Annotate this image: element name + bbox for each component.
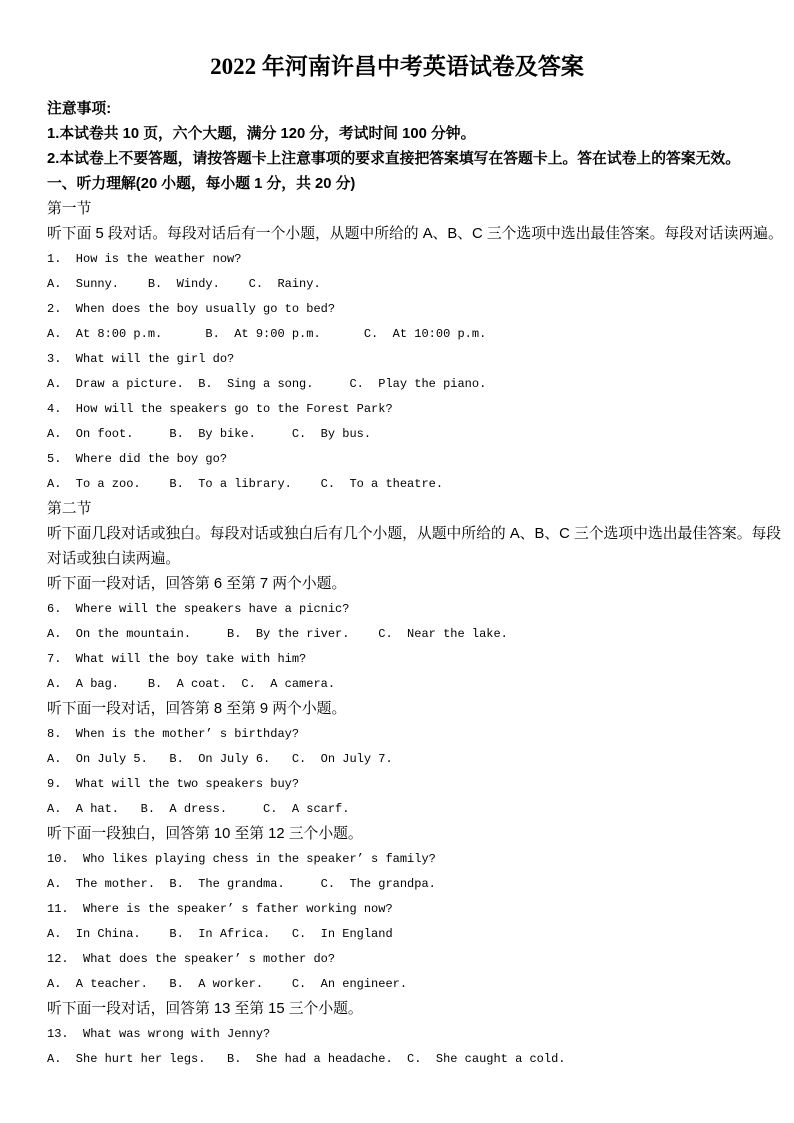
- question-7-options: A. A bag. B. A coat. C. A camera.: [47, 672, 774, 697]
- exam-page: 2022 年河南许昌中考英语试卷及答案 注意事项: 1.本试卷共 10 页，六个…: [0, 0, 794, 1123]
- question-9-text: 9. What will the two speakers buy?: [47, 772, 774, 797]
- question-5-text: 5. Where did the boy go?: [47, 447, 774, 472]
- question-9-options: A. A hat. B. A dress. C. A scarf.: [47, 797, 774, 822]
- question-11-options: A. In China. B. In Africa. C. In England: [47, 922, 774, 947]
- question-8-text: 8. When is the mother’ s birthday?: [47, 722, 774, 747]
- question-1-text: 1. How is the weather now?: [47, 247, 774, 272]
- question-7-text: 7. What will the boy take with him?: [47, 647, 774, 672]
- group-intro-q8-q9: 听下面一段对话，回答第 8 至第 9 两个小题。: [47, 697, 774, 722]
- group-intro-q13-q15: 听下面一段对话，回答第 13 至第 15 三个小题。: [47, 997, 774, 1022]
- question-4-text: 4. How will the speakers go to the Fores…: [47, 397, 774, 422]
- part2-instruction-line-2: 对话或独白读两遍。: [47, 547, 774, 572]
- question-11-text: 11. Where is the speaker’ s father worki…: [47, 897, 774, 922]
- part2-heading: 第二节: [47, 497, 774, 522]
- question-12-text: 12. What does the speaker’ s mother do?: [47, 947, 774, 972]
- group-intro-q6-q7: 听下面一段对话，回答第 6 至第 7 两个小题。: [47, 572, 774, 597]
- group-intro-q10-q12: 听下面一段独白，回答第 10 至第 12 三个小题。: [47, 822, 774, 847]
- question-3-options: A. Draw a picture. B. Sing a song. C. Pl…: [47, 372, 774, 397]
- notice-item-1: 1.本试卷共 10 页，六个大题，满分 120 分，考试时间 100 分钟。: [47, 122, 774, 147]
- part1-instruction: 听下面 5 段对话。每段对话后有一个小题，从题中所给的 A、B、C 三个选项中选…: [47, 222, 774, 247]
- question-6-text: 6. Where will the speakers have a picnic…: [47, 597, 774, 622]
- question-2-text: 2. When does the boy usually go to bed?: [47, 297, 774, 322]
- question-4-options: A. On foot. B. By bike. C. By bus.: [47, 422, 774, 447]
- question-10-options: A. The mother. B. The grandma. C. The gr…: [47, 872, 774, 897]
- part2-instruction-line-1: 听下面几段对话或独白。每段对话或独白后有几个小题，从题中所给的 A、B、C 三个…: [47, 522, 774, 547]
- question-5-options: A. To a zoo. B. To a library. C. To a th…: [47, 472, 774, 497]
- question-3-text: 3. What will the girl do?: [47, 347, 774, 372]
- question-6-options: A. On the mountain. B. By the river. C. …: [47, 622, 774, 647]
- question-13-text: 13. What was wrong with Jenny?: [47, 1022, 774, 1047]
- page-title: 2022 年河南许昌中考英语试卷及答案: [20, 54, 774, 80]
- question-12-options: A. A teacher. B. A worker. C. An enginee…: [47, 972, 774, 997]
- question-2-options: A. At 8:00 p.m. B. At 9:00 p.m. C. At 10…: [47, 322, 774, 347]
- notice-item-2: 2.本试卷上不要答题，请按答题卡上注意事项的要求直接把答案填写在答题卡上。答在试…: [47, 147, 774, 172]
- notice-heading: 注意事项:: [47, 97, 774, 122]
- question-13-options: A. She hurt her legs. B. She had a heada…: [47, 1047, 774, 1072]
- part1-heading: 第一节: [47, 197, 774, 222]
- listening-section-title: 一、听力理解(20 小题，每小题 1 分，共 20 分): [47, 172, 774, 197]
- question-10-text: 10. Who likes playing chess in the speak…: [47, 847, 774, 872]
- question-1-options: A. Sunny. B. Windy. C. Rainy.: [47, 272, 774, 297]
- question-8-options: A. On July 5. B. On July 6. C. On July 7…: [47, 747, 774, 772]
